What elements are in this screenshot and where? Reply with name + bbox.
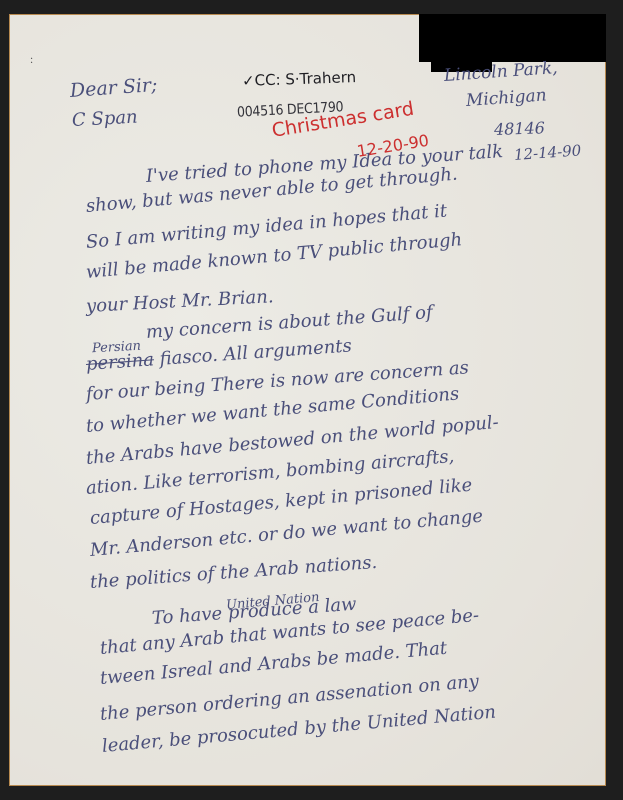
paper-specks: · · — [30, 58, 70, 62]
sender-zip: 48146 — [494, 118, 546, 139]
redaction-block — [419, 14, 606, 62]
recipient: C Span — [71, 107, 138, 131]
